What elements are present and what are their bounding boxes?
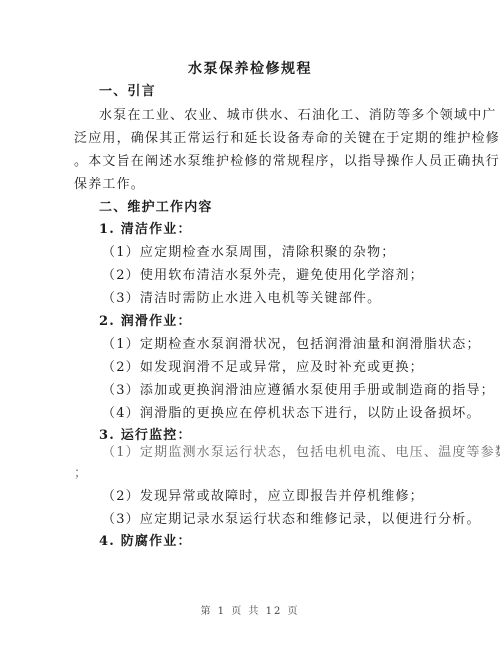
- list-item: （1）应定期检查水泵周围，清除积聚的杂物；: [102, 245, 395, 261]
- list-item: （1）定期监测水泵运行状态，包括电机电流、电压、温度等参数: [102, 445, 500, 461]
- intro-line: 保养工作。: [74, 177, 145, 193]
- list-item: （3）应定期记录水泵运行状态和维修记录，以便进行分析。: [102, 512, 481, 528]
- list-item: （3）清洁时需防止水进入电机等关键部件。: [102, 291, 381, 307]
- item-heading-anticorrosion: 4. 防腐作业：: [99, 534, 192, 550]
- list-item: （4）润滑脂的更换应在停机状态下进行，以防止设备损坏。: [102, 406, 481, 422]
- list-item: （2）发现异常或故障时，应立即报告并停机维修；: [102, 489, 424, 505]
- list-item-continuation: ；: [74, 466, 88, 482]
- item-heading-lubrication: 2. 润滑作业：: [99, 314, 192, 330]
- intro-line: 水泵在工业、农业、城市供水、石油化工、消防等多个领域中广: [99, 108, 497, 124]
- list-item: （2）使用软布清洁水泵外壳，避免使用化学溶剂；: [102, 268, 424, 284]
- list-item: （1）定期检查水泵润滑状况，包括润滑油量和润滑脂状态；: [102, 337, 481, 353]
- page-footer: 第 1 页 共 12 页: [0, 604, 500, 620]
- intro-line: 泛应用，确保其正常运行和延长设备寿命的关键在于定期的维护检修: [74, 131, 500, 147]
- intro-line: 。本文旨在阐述水泵维护检修的常规程序，以指导操作人员正确执行: [74, 154, 500, 170]
- item-heading-cleaning: 1. 清洁作业：: [99, 222, 192, 238]
- section-heading-content: 二、维护工作内容: [99, 200, 213, 216]
- document-title: 水泵保养检修规程: [0, 61, 500, 77]
- list-item: （2）如发现润滑不足或异常，应及时补充或更换；: [102, 360, 424, 376]
- list-item: （3）添加或更换润滑油应遵循水泵使用手册或制造商的指导；: [102, 383, 495, 399]
- section-heading-intro: 一、引言: [99, 84, 156, 100]
- item-heading-monitoring: 3. 运行监控：: [99, 428, 192, 444]
